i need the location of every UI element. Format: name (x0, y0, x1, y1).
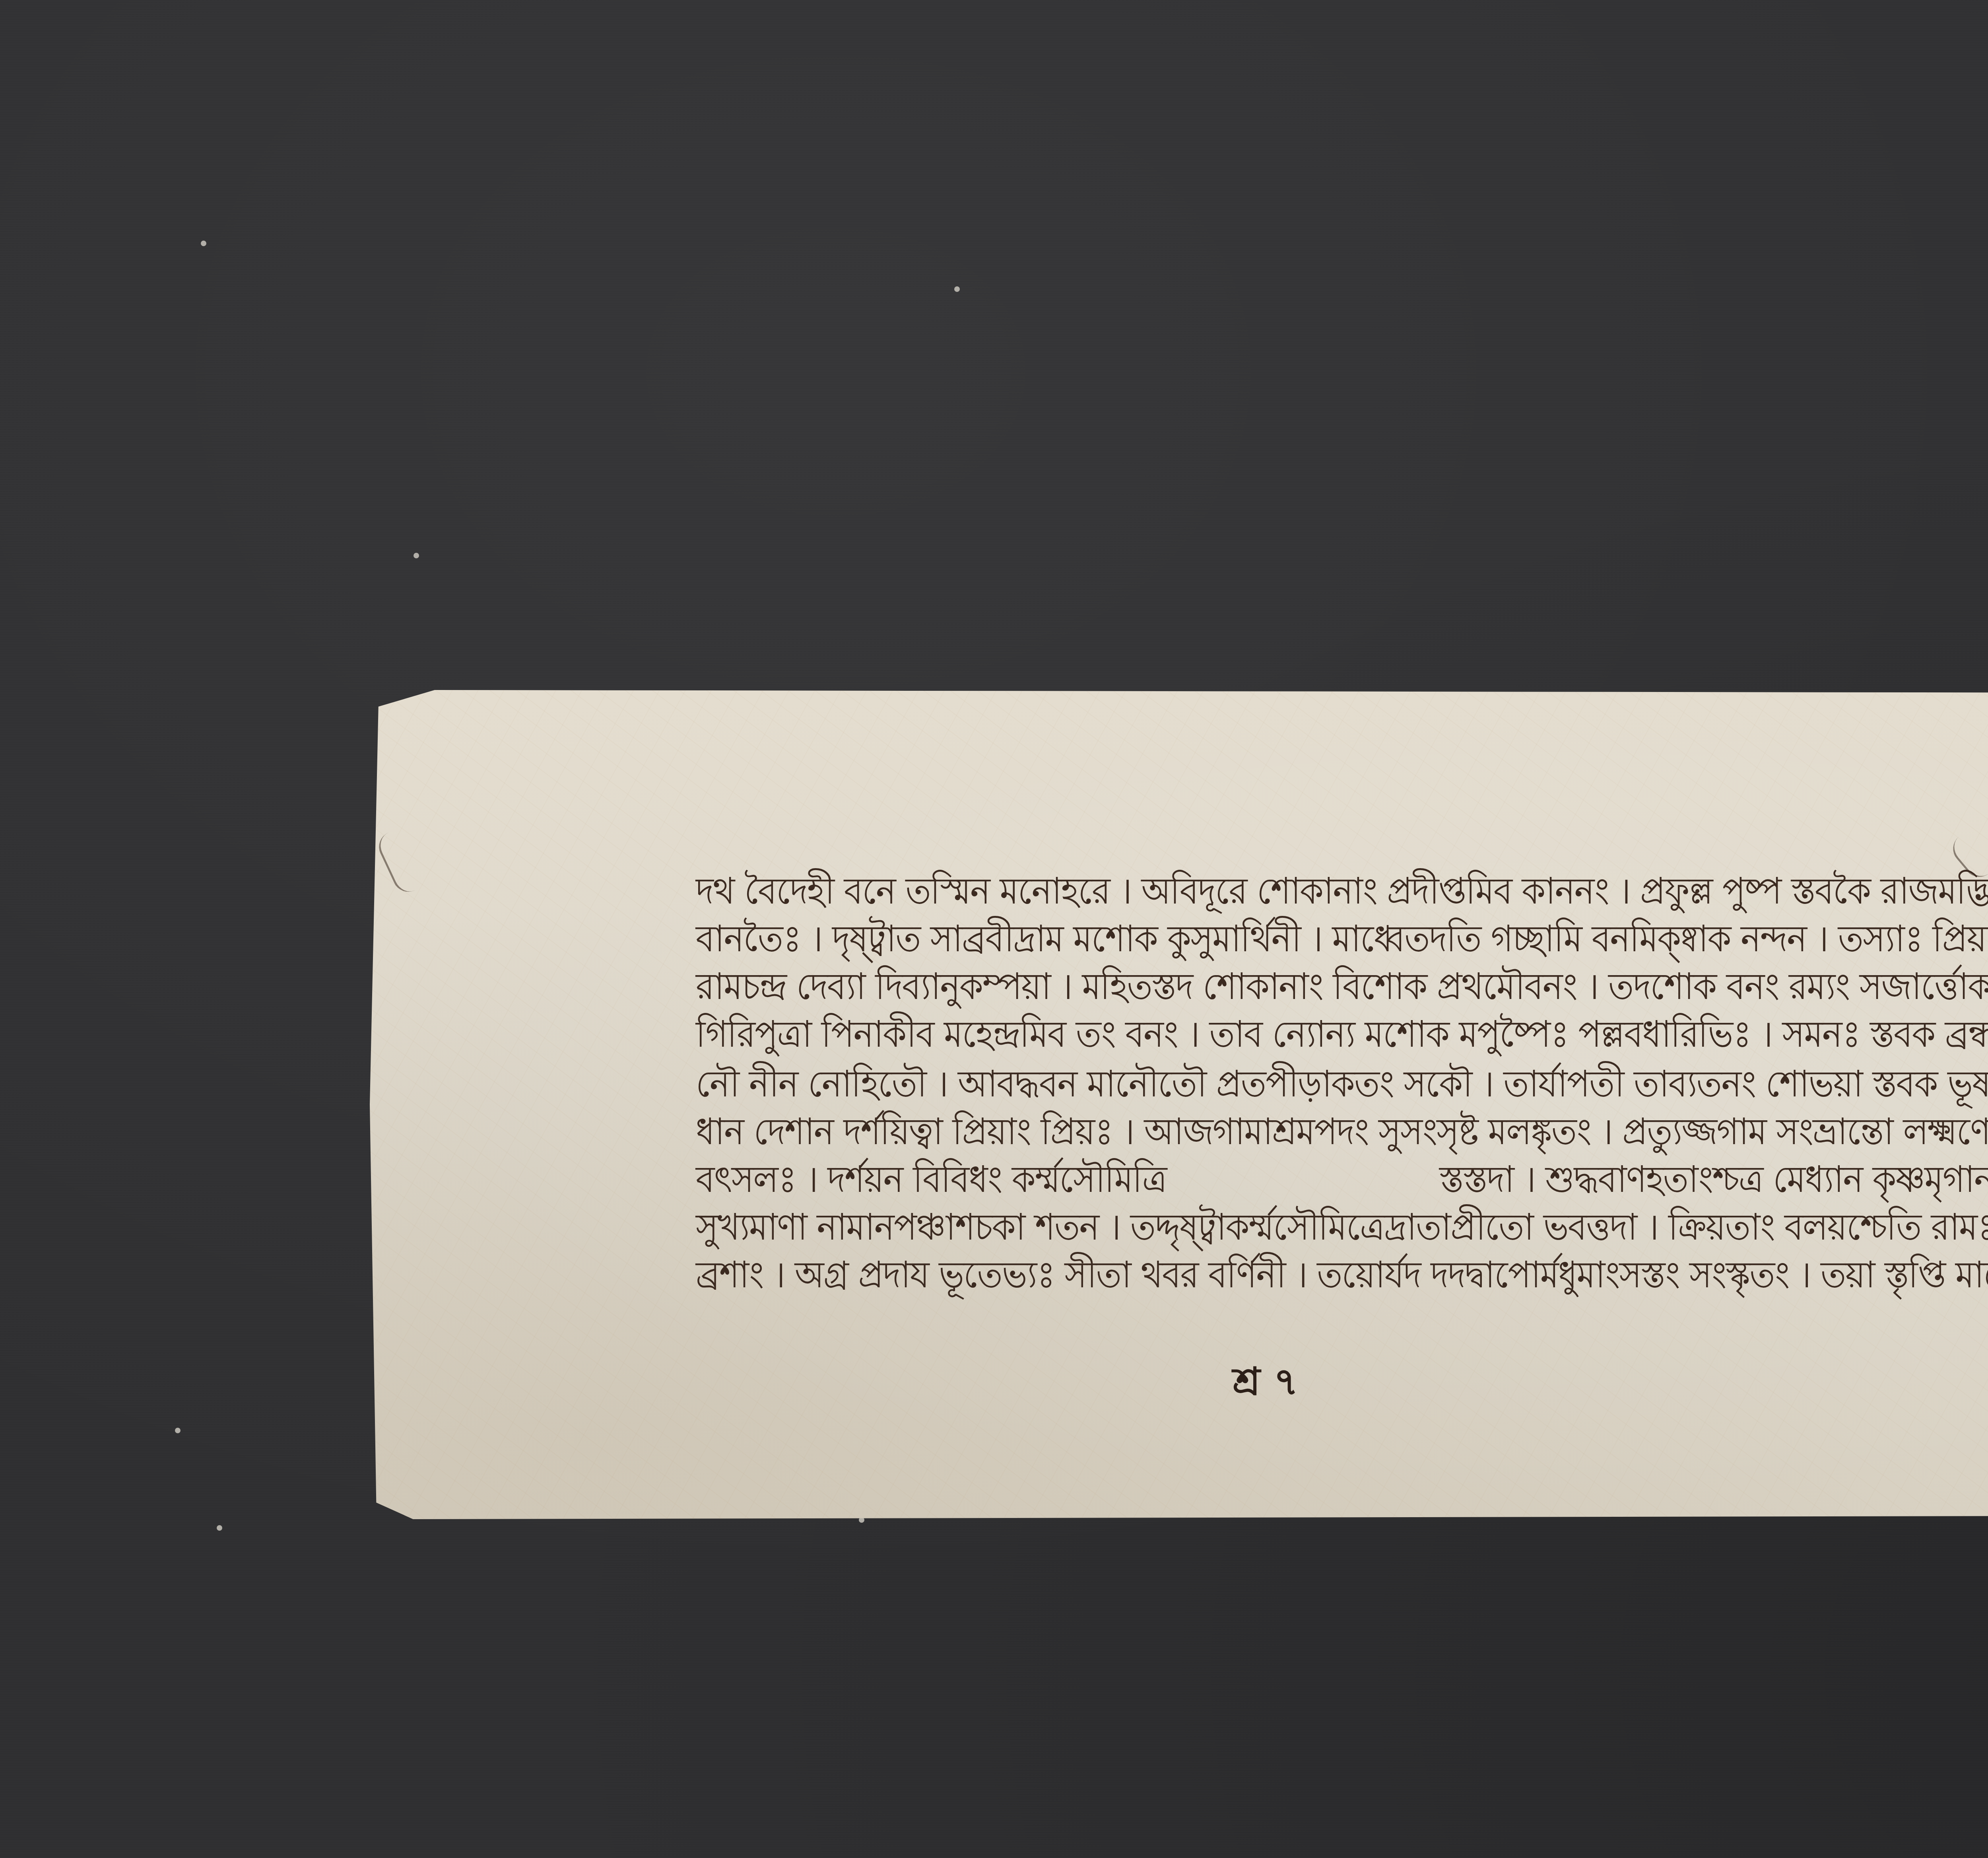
text-line-8: সুখ্যমাণা নামানপঞ্চাশচকা শতন । তদ্দৃষ্ট্… (696, 1209, 1988, 1246)
text-line-7b: স্তস্তদা । শুদ্ধবাণহতাংশ্চত্র মেধ্যান কৃ… (1439, 1161, 1988, 1198)
pen-stroke (374, 825, 431, 897)
dust-speck (175, 1428, 181, 1433)
text-line-5: নৌ নীন নোহিতৌ । আবদ্ধবন মানৌতৌ প্রতপীড়া… (696, 1066, 1988, 1102)
text-line-6: ধান দেশান দর্শয়িত্বা প্রিয়াং প্রিয়ঃ ।… (696, 1114, 1988, 1150)
text-line-9: ব্রশাং । অগ্র প্রদায ভূতেভ্যঃ সীতা থবর ব… (696, 1257, 1988, 1293)
text-line-2: বানতৈঃ । দৃষ্ট্বাত সাব্রবীদ্রাম মশোক কুস… (696, 921, 1988, 957)
text-line-1: দথ বৈদেহী বনে তস্মিন মনোহরে । অবিদূরে শো… (696, 873, 1988, 910)
dust-speck (954, 286, 960, 292)
dust-speck (217, 1525, 222, 1531)
dust-speck (201, 241, 206, 246)
folio-number: শ্র ৭ (1233, 1352, 1299, 1416)
text-line-3: রামচন্দ্র দেব্যা দিব্যানুকম্পয়া । মহিতস… (696, 968, 1988, 1005)
text-line-4: গিরিপুত্রা পিনাকীব মহেন্দ্রমিব তং বনং । … (696, 1016, 1988, 1053)
manuscript-leaf: দথ বৈদেহী বনে তস্মিন মনোহরে । অবিদূরে শো… (370, 690, 1988, 1519)
dust-speck (414, 553, 419, 558)
text-line-7a: বৎসলঃ । দর্শয়ন বিবিধং কর্ম্মসৌমিত্রি (696, 1161, 1167, 1198)
